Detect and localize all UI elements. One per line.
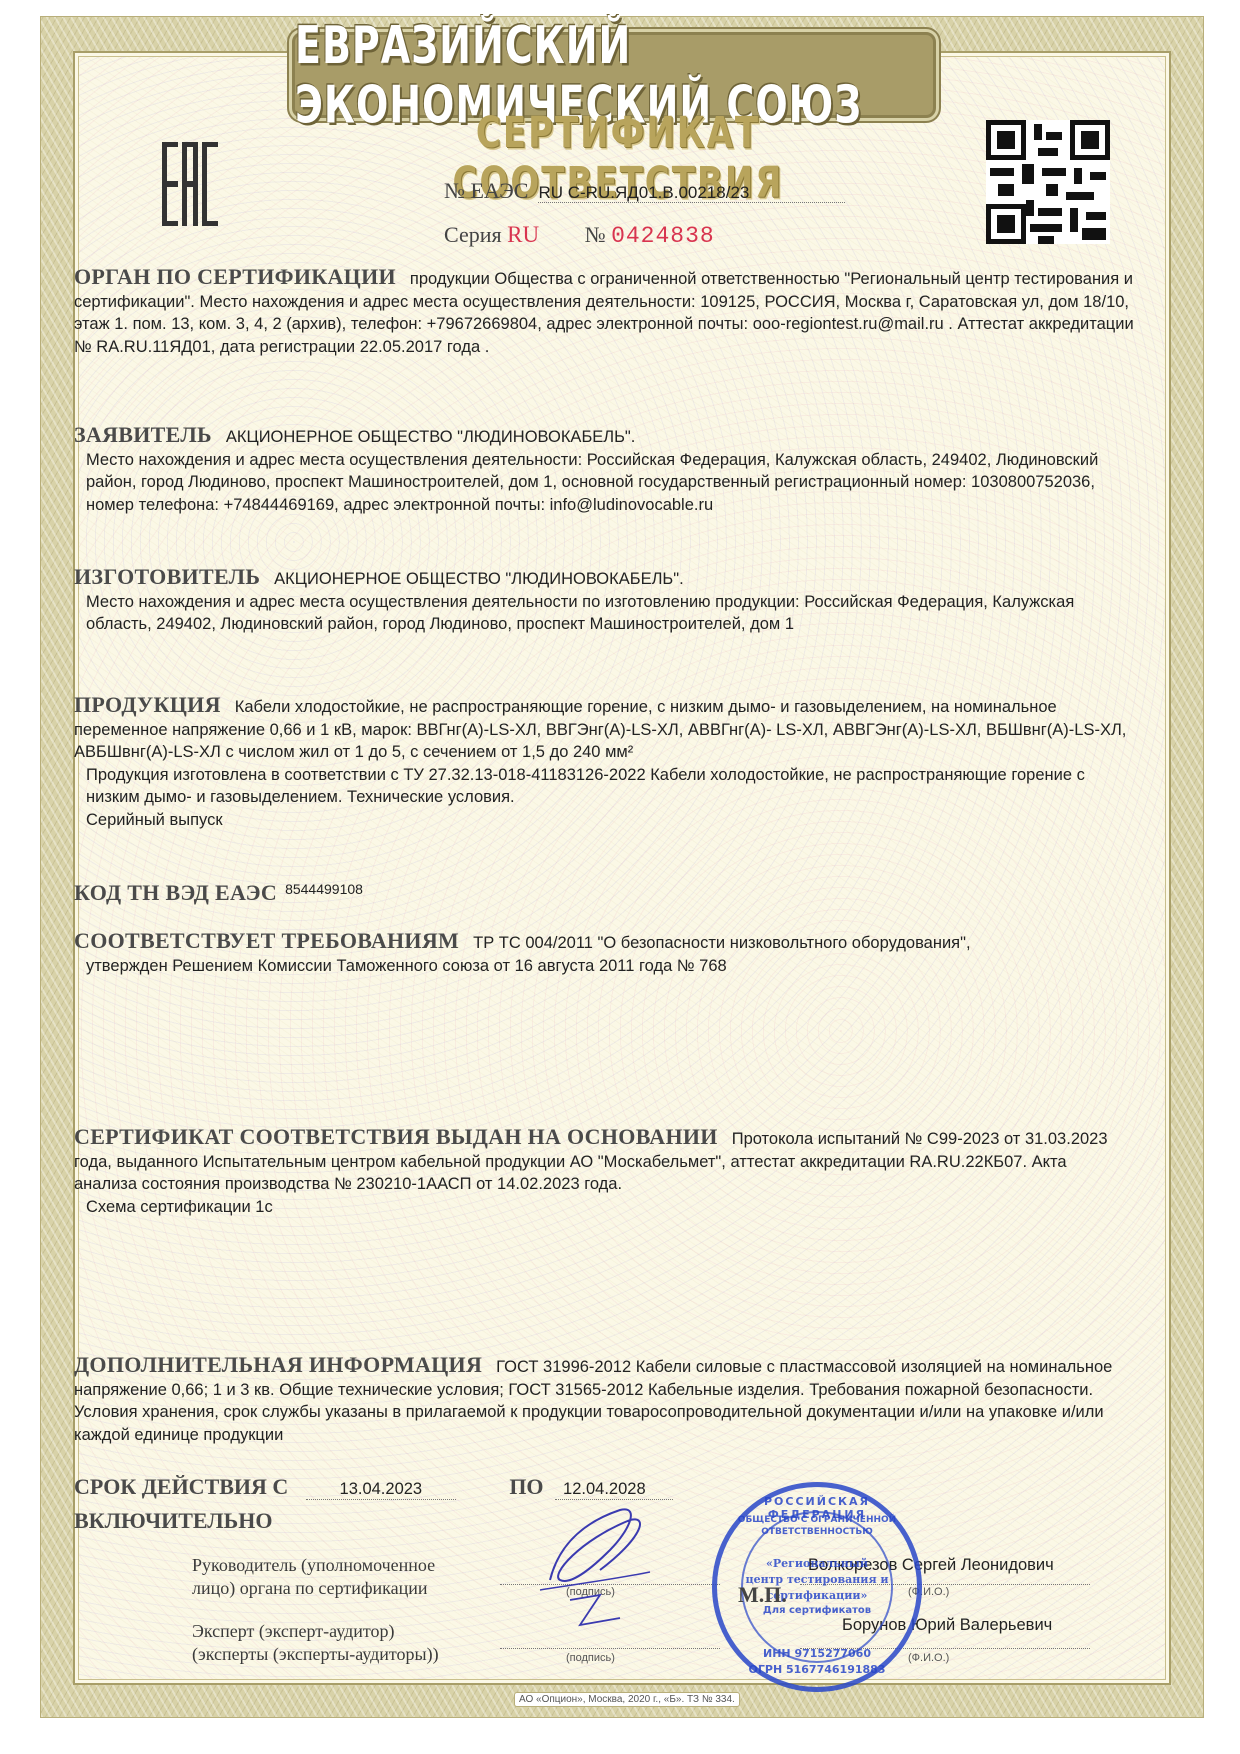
applicant-heading: ЗАЯВИТЕЛЬ bbox=[74, 422, 212, 447]
eac-logo-icon bbox=[162, 142, 218, 226]
certification-scheme: Схема сертификации 1с bbox=[74, 1196, 1134, 1219]
manufacturer-name: АКЦИОНЕРНОЕ ОБЩЕСТВО "ЛЮДИНОВОКАБЕЛЬ". bbox=[274, 570, 684, 588]
certification-body-heading: ОРГАН ПО СЕРТИФИКАЦИИ bbox=[74, 264, 396, 289]
eac-letter-e bbox=[162, 142, 178, 226]
section-manufacturer: ИЗГОТОВИТЕЛЬАКЦИОНЕРНОЕ ОБЩЕСТВО "ЛЮДИНО… bbox=[74, 566, 1134, 636]
requirements-regulation: ТР ТС 004/2011 "О безопасности низковоль… bbox=[473, 934, 970, 952]
section-issued-basis: СЕРТИФИКАТ СООТВЕТСТВИЯ ВЫДАН НА ОСНОВАН… bbox=[74, 1126, 1134, 1218]
serial-number-value: 0424838 bbox=[611, 223, 715, 249]
stamp-ring-line-3: ОТВЕТСТВЕННОСТЬЮ bbox=[717, 1527, 917, 1537]
tn-ved-code: 8544499108 bbox=[285, 881, 363, 897]
seal-placeholder-label: М.П. bbox=[738, 1582, 787, 1608]
section-certification-body: ОРГАН ПО СЕРТИФИКАЦИИпродукции Общества … bbox=[74, 266, 1134, 358]
expert-signatory-label: Эксперт (эксперт-аудитор) (эксперты (экс… bbox=[192, 1620, 492, 1666]
validity-from-date: 13.04.2023 bbox=[306, 1480, 456, 1500]
expert-label-line-1: Эксперт (эксперт-аудитор) bbox=[192, 1620, 492, 1643]
validity-to-label: ПО bbox=[509, 1474, 543, 1499]
stamp-inn: ИНН 9715277060 bbox=[717, 1647, 917, 1660]
product-release-type: Серийный выпуск bbox=[74, 809, 1134, 832]
tn-ved-heading: КОД ТН ВЭД ЕАЭС bbox=[74, 880, 277, 905]
product-standard: Продукция изготовлена в соответствии с Т… bbox=[74, 764, 1134, 809]
validity-to-date: 12.04.2028 bbox=[555, 1480, 673, 1500]
applicant-name: АКЦИОНЕРНОЕ ОБЩЕСТВО "ЛЮДИНОВОКАБЕЛЬ". bbox=[226, 428, 636, 446]
manufacturer-heading: ИЗГОТОВИТЕЛЬ bbox=[74, 564, 260, 589]
additional-info-heading: ДОПОЛНИТЕЛЬНАЯ ИНФОРМАЦИЯ bbox=[74, 1352, 482, 1377]
eac-letter-c bbox=[202, 142, 218, 226]
certificate-series: Серия RU № 0424838 bbox=[444, 222, 715, 249]
section-product: ПРОДУКЦИЯКабели хлодостойкие, не распрос… bbox=[74, 694, 1134, 831]
section-applicant: ЗАЯВИТЕЛЬАКЦИОНЕРНОЕ ОБЩЕСТВО "ЛЮДИНОВОК… bbox=[74, 424, 1134, 516]
section-requirements: СООТВЕТСТВУЕТ ТРЕБОВАНИЯМТР ТС 004/2011 … bbox=[74, 930, 1134, 977]
serial-number-label: № bbox=[585, 222, 606, 247]
issued-basis-heading: СЕРТИФИКАТ СООТВЕТСТВИЯ ВЫДАН НА ОСНОВАН… bbox=[74, 1124, 718, 1149]
product-description: Кабели хлодостойкие, не распространяющие… bbox=[74, 698, 1126, 761]
stamp-ring-line-2: ОБЩЕСТВО С ОГРАНИЧЕННОЙ bbox=[717, 1515, 917, 1525]
section-tn-ved: КОД ТН ВЭД ЕАЭС8544499108 bbox=[74, 878, 1134, 907]
head-signatory-label: Руководитель (уполномоченное лицо) орган… bbox=[192, 1554, 492, 1600]
head-label-line-2: лицо) органа по сертификации bbox=[192, 1577, 492, 1600]
certificate-number-label: № ЕАЭС bbox=[444, 178, 528, 203]
stamp-center-1: «Региональный bbox=[717, 1557, 917, 1570]
printer-imprint: АО «Опцион», Москва, 2020 г., «Б». ТЗ № … bbox=[514, 1692, 740, 1707]
qr-code-icon bbox=[986, 120, 1110, 244]
manufacturer-details: Место нахождения и адрес места осуществл… bbox=[74, 591, 1134, 636]
expert-signature-caption: (подпись) bbox=[566, 1652, 615, 1664]
series-label: Серия bbox=[444, 222, 502, 247]
series-value: RU bbox=[507, 222, 539, 247]
requirements-approval: утвержден Решением Комиссии Таможенного … bbox=[74, 955, 1134, 978]
head-label-line-1: Руководитель (уполномоченное bbox=[192, 1554, 492, 1577]
certificate-number: № ЕАЭСRU С-RU.ЯД01.В.00218/23 bbox=[444, 178, 845, 204]
union-banner: ЕВРАЗИЙСКИЙ ЭКОНОМИЧЕСКИЙ СОЮЗ bbox=[292, 32, 936, 118]
product-heading: ПРОДУКЦИЯ bbox=[74, 692, 221, 717]
certificate-number-value: RU С-RU.ЯД01.В.00218/23 bbox=[538, 183, 845, 203]
stamp-ogrn: ОГРН 5167746191883 bbox=[717, 1663, 917, 1676]
eac-letter-a bbox=[182, 142, 198, 226]
validity-from-label: СРОК ДЕЙСТВИЯ С bbox=[74, 1474, 288, 1499]
applicant-details: Место нахождения и адрес места осуществл… bbox=[74, 449, 1134, 517]
handwritten-signature-icon bbox=[530, 1500, 670, 1650]
section-additional-info: ДОПОЛНИТЕЛЬНАЯ ИНФОРМАЦИЯГОСТ 31996-2012… bbox=[74, 1354, 1134, 1446]
requirements-heading: СООТВЕТСТВУЕТ ТРЕБОВАНИЯМ bbox=[74, 928, 459, 953]
expert-label-line-2: (эксперты (эксперты-аудиторы)) bbox=[192, 1643, 492, 1666]
